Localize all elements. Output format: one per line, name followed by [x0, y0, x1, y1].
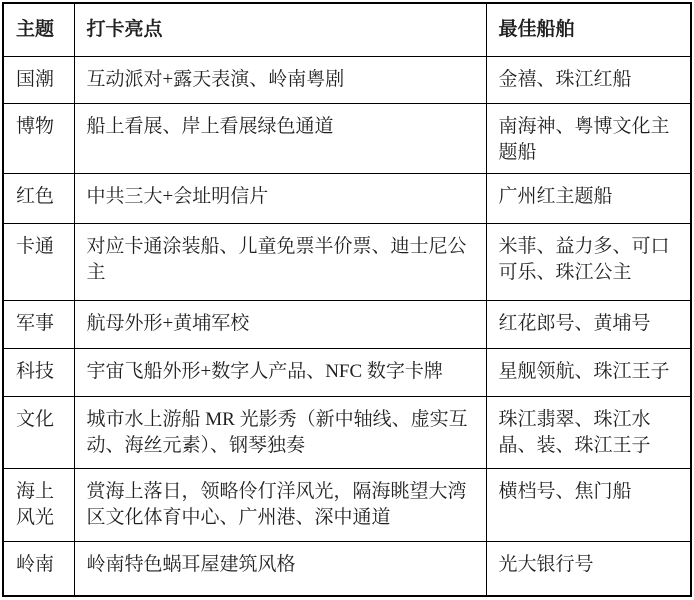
highlights-cell: 互动派对+露天表演、岭南粤剧: [74, 56, 486, 103]
highlights-cell: 城市水上游船 MR 光影秀（新中轴线、虚实互动、海丝元素）、钢琴独奏: [74, 396, 486, 468]
highlights-cell: 宇宙飞船外形+数字人产品、NFC 数字卡牌: [74, 348, 486, 396]
ships-cell: 星舰领航、珠江王子: [486, 348, 691, 396]
column-header-ships: 最佳船舶: [486, 3, 691, 56]
table-row: 国潮互动派对+露天表演、岭南粤剧金禧、珠江红船: [3, 56, 691, 103]
highlights-cell: 赏海上落日，领略伶仃洋风光，隔海眺望大湾区文化体育中心、广州港、深中通道: [74, 468, 486, 541]
theme-cell: 科技: [3, 348, 74, 396]
ships-cell: 横档号、焦门船: [486, 468, 691, 541]
ships-cell: 南海神、粤博文化主题船: [486, 103, 691, 173]
theme-cell: 岭南: [3, 541, 74, 596]
theme-cell: 文化: [3, 396, 74, 468]
table-row: 红色中共三大+会址明信片广州红主题船: [3, 173, 691, 223]
theme-cell: 海上风光: [3, 468, 74, 541]
theme-cell: 卡通: [3, 223, 74, 300]
highlights-cell: 中共三大+会址明信片: [74, 173, 486, 223]
table-body: 国潮互动派对+露天表演、岭南粤剧金禧、珠江红船博物船上看展、岸上看展绿色通道南海…: [3, 56, 691, 596]
theme-cell: 红色: [3, 173, 74, 223]
ships-cell: 珠江翡翠、珠江水晶、装、珠江王子: [486, 396, 691, 468]
ships-cell: 光大银行号: [486, 541, 691, 596]
highlights-cell: 航母外形+黄埔军校: [74, 300, 486, 348]
cruise-theme-table: 主题 打卡亮点 最佳船舶 国潮互动派对+露天表演、岭南粤剧金禧、珠江红船博物船上…: [2, 2, 692, 597]
table-row: 海上风光赏海上落日，领略伶仃洋风光，隔海眺望大湾区文化体育中心、广州港、深中通道…: [3, 468, 691, 541]
table-row: 科技宇宙飞船外形+数字人产品、NFC 数字卡牌星舰领航、珠江王子: [3, 348, 691, 396]
column-header-highlights: 打卡亮点: [74, 3, 486, 56]
ships-cell: 米菲、益力多、可口可乐、珠江公主: [486, 223, 691, 300]
ships-cell: 红花郎号、黄埔号: [486, 300, 691, 348]
table-row: 岭南岭南特色蜗耳屋建筑风格光大银行号: [3, 541, 691, 596]
table-header: 主题 打卡亮点 最佳船舶: [3, 3, 691, 56]
ships-cell: 金禧、珠江红船: [486, 56, 691, 103]
column-header-theme: 主题: [3, 3, 74, 56]
highlights-cell: 岭南特色蜗耳屋建筑风格: [74, 541, 486, 596]
theme-cell: 军事: [3, 300, 74, 348]
header-row: 主题 打卡亮点 最佳船舶: [3, 3, 691, 56]
table-row: 文化城市水上游船 MR 光影秀（新中轴线、虚实互动、海丝元素）、钢琴独奏珠江翡翠…: [3, 396, 691, 468]
table-row: 博物船上看展、岸上看展绿色通道南海神、粤博文化主题船: [3, 103, 691, 173]
theme-cell: 博物: [3, 103, 74, 173]
ships-cell: 广州红主题船: [486, 173, 691, 223]
table-row: 军事航母外形+黄埔军校红花郎号、黄埔号: [3, 300, 691, 348]
highlights-cell: 对应卡通涂装船、儿童免票半价票、迪士尼公主: [74, 223, 486, 300]
table-row: 卡通对应卡通涂装船、儿童免票半价票、迪士尼公主米菲、益力多、可口可乐、珠江公主: [3, 223, 691, 300]
highlights-cell: 船上看展、岸上看展绿色通道: [74, 103, 486, 173]
theme-cell: 国潮: [3, 56, 74, 103]
